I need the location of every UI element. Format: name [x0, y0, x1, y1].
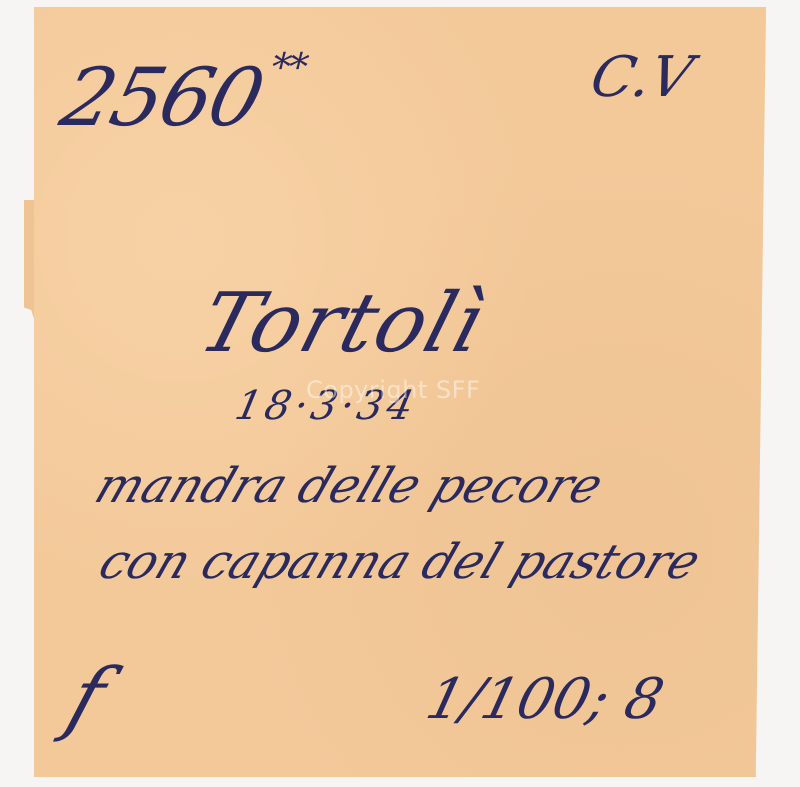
- description-line-2: con capanna del pastore: [93, 538, 706, 586]
- place-name: Tortolì: [191, 283, 493, 365]
- copyright-watermark: Copyright SFF: [306, 376, 480, 404]
- catalog-number-value: 2560: [53, 51, 272, 144]
- description-line-1: mandra delle pecore: [89, 462, 609, 510]
- scale-note: 1/100; 8: [421, 672, 669, 728]
- collection-code: C.V: [586, 50, 697, 106]
- catalog-number: 2560**: [54, 58, 308, 138]
